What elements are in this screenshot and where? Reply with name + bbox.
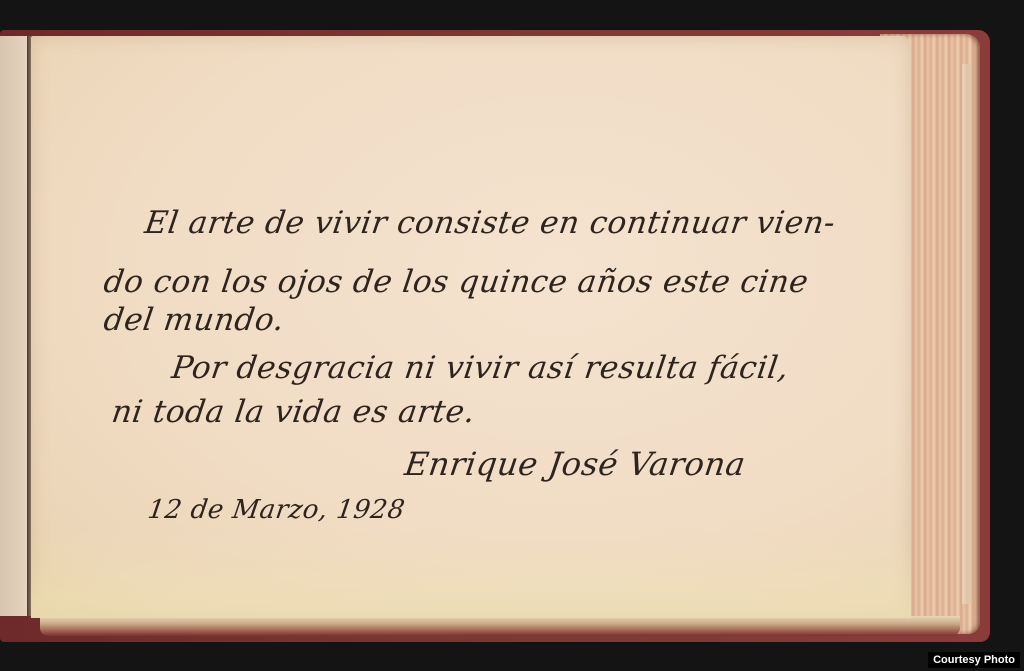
handwritten-line-2: do con los ojos de los quince años este … bbox=[101, 264, 810, 300]
handwritten-line-1: El arte de vivir consiste en continuar v… bbox=[142, 205, 837, 241]
photo-credit: Courtesy Photo bbox=[928, 652, 1020, 668]
handwritten-line-3: del mundo. bbox=[101, 302, 286, 338]
handwritten-line-5: ni toda la vida es arte. bbox=[109, 394, 477, 430]
left-facing-page bbox=[0, 36, 28, 616]
album-photo: El arte de vivir consiste en continuar v… bbox=[0, 0, 1024, 671]
handwritten-date: 12 de Marzo, 1928 bbox=[146, 495, 407, 525]
signature: Enrique José Varona bbox=[402, 445, 748, 483]
bottom-page-edges bbox=[40, 616, 960, 636]
handwritten-line-4: Por desgracia ni vivir así resulta fácil… bbox=[169, 350, 791, 386]
